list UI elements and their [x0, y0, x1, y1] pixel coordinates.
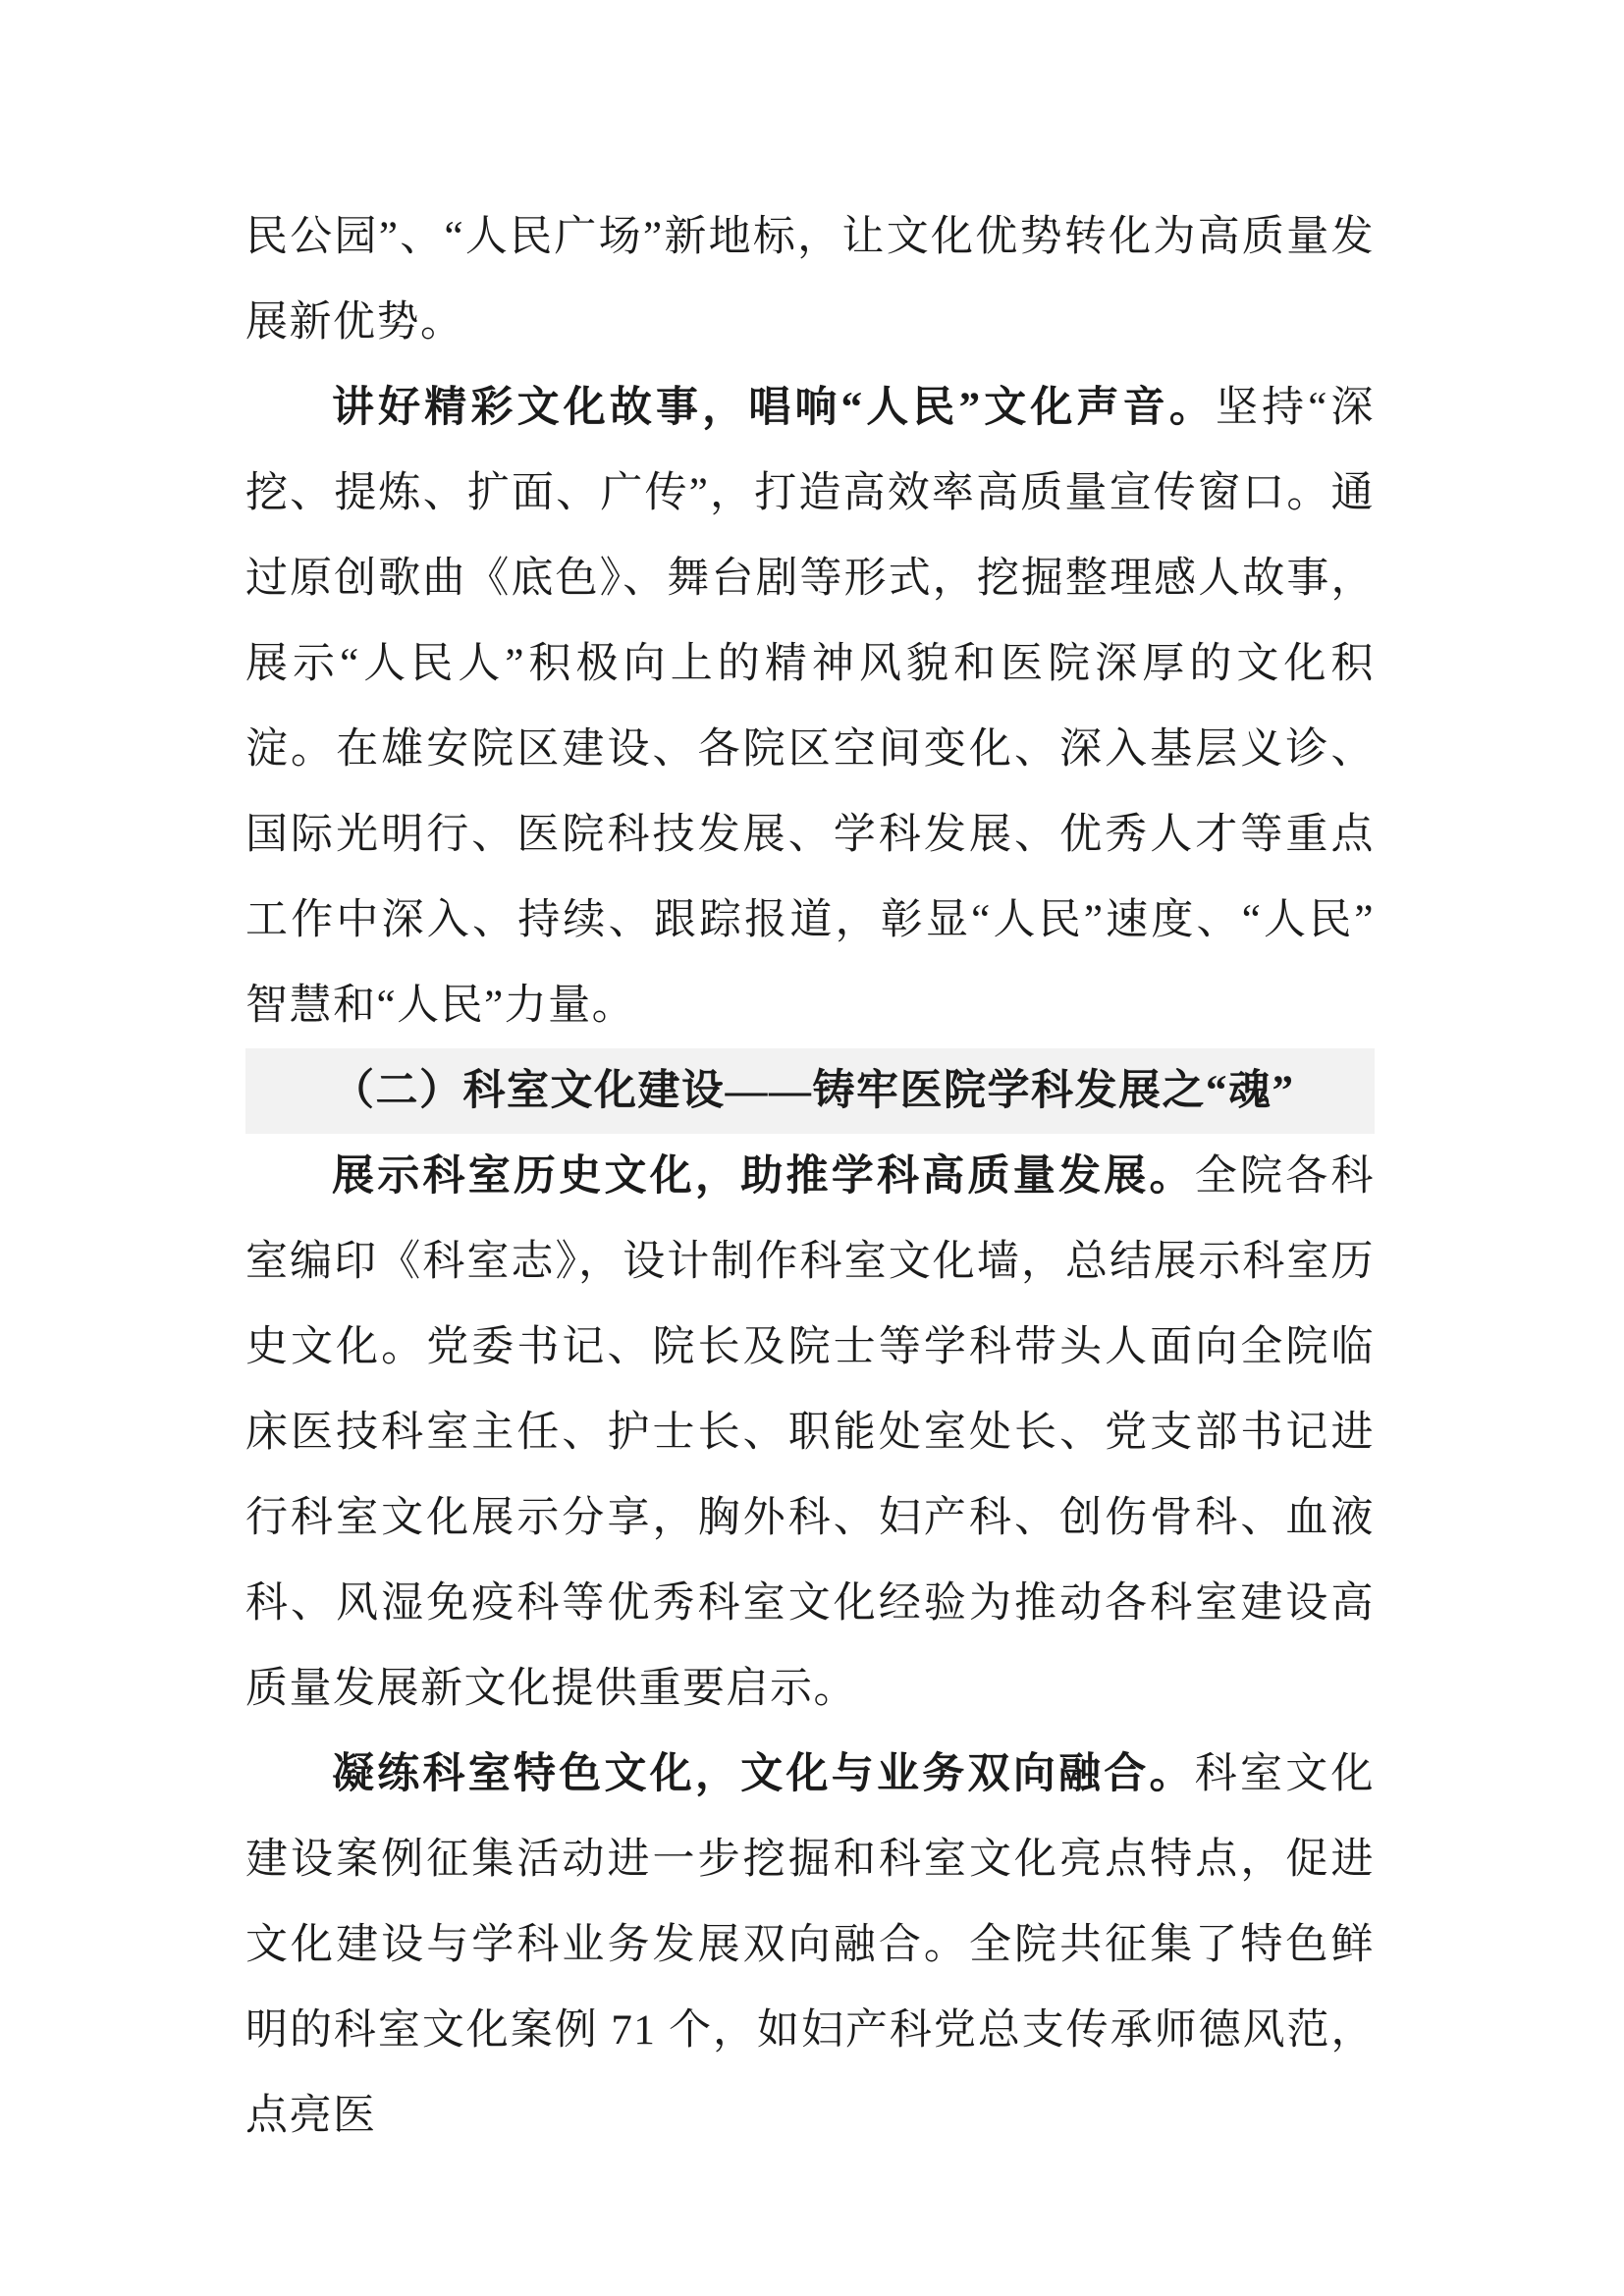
paragraph-dept-feature: 凝练科室特色文化，文化与业务双向融合。科室文化建设案例征集活动进一步挖掘和科室文… [245, 1732, 1375, 2159]
text-run: 民公园”、“人民广场”新地标，让文化优势转化为高质量发展新优势。 [245, 214, 1375, 346]
text-run: 全院各科室编印《科室志》，设计制作科室文化墙，总结展示科室历史文化。党委书记、院… [245, 1153, 1375, 1712]
lead-run: 展示科室历史文化，助推学科高质量发展。 [332, 1153, 1195, 1200]
section-heading-2: （二）科室文化建设——铸牢医院学科发展之“魂” [245, 1048, 1375, 1134]
text-run: 科室文化建设案例征集活动进一步挖掘和科室文化亮点特点，促进文化建设与学科业务发展… [245, 1751, 1375, 2139]
paragraph-culture-story: 讲好精彩文化故事，唱响“人民”文化声音。坚持“深挖、提炼、扩面、广传”，打造高效… [245, 365, 1375, 1048]
document-page: 民公园”、“人民广场”新地标，让文化优势转化为高质量发展新优势。 讲好精彩文化故… [0, 0, 1624, 2296]
document-text-column: 民公园”、“人民广场”新地标，让文化优势转化为高质量发展新优势。 讲好精彩文化故… [245, 194, 1375, 2159]
lead-run: 讲好精彩文化故事，唱响“人民”文化声音。 [332, 385, 1216, 431]
lead-run: 凝练科室特色文化，文化与业务双向融合。 [332, 1751, 1195, 1797]
heading-text: （二）科室文化建设——铸牢医院学科发展之“魂” [332, 1068, 1295, 1114]
text-run: 坚持“深挖、提炼、扩面、广传”，打造高效率高质量宣传窗口。通过原创歌曲《底色》、… [245, 385, 1375, 1029]
paragraph-continuation: 民公园”、“人民广场”新地标，让文化优势转化为高质量发展新优势。 [245, 194, 1375, 365]
paragraph-dept-history: 展示科室历史文化，助推学科高质量发展。全院各科室编印《科室志》，设计制作科室文化… [245, 1134, 1375, 1732]
